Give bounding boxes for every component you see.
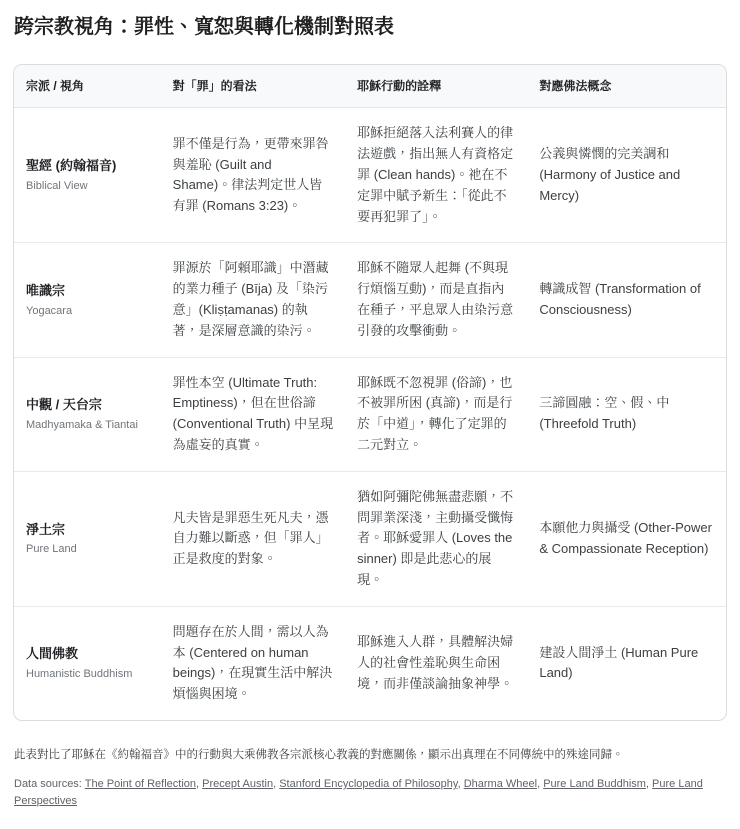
sect-cell: 唯識宗 Yogacara xyxy=(14,243,161,357)
source-link[interactable]: Dharma Wheel xyxy=(464,778,537,790)
buddhist-concept-cell: 轉識成智 (Transformation of Consciousness) xyxy=(527,243,726,357)
sect-subtitle: Yogacara xyxy=(26,304,149,318)
data-sources-links: The Point of Reflection, Precept Austin,… xyxy=(14,778,703,807)
source-link[interactable]: Stanford Encyclopedia of Philosophy xyxy=(279,778,457,790)
sect-cell: 人間佛教 Humanistic Buddhism xyxy=(14,606,161,720)
buddhist-concept-cell: 本願他力與攝受 (Other-Power & Compassionate Rec… xyxy=(527,471,726,606)
source-link[interactable]: The Point of Reflection xyxy=(85,778,196,790)
source-link[interactable]: Precept Austin xyxy=(202,778,273,790)
comparison-table: 宗派 / 視角 對「罪」的看法 耶穌行動的詮釋 對應佛法概念 聖經 (約翰福音)… xyxy=(14,65,726,720)
jesus-action-cell: 耶穌既不忽視罪 (俗諦)，也不被罪所困 (真諦)，而是行於「中道」，轉化了定罪的… xyxy=(345,357,527,471)
table-row: 淨土宗 Pure Land 凡夫皆是罪惡生死凡夫，憑自力難以斷惑，但「罪人」正是… xyxy=(14,471,726,606)
source-link[interactable]: Pure Land Buddhism xyxy=(543,778,646,790)
page-title: 跨宗教視角：罪性、寬恕與轉化機制對照表 xyxy=(14,14,726,40)
sin-view-cell: 罪性本空 (Ultimate Truth: Emptiness)，但在世俗諦 (… xyxy=(161,357,345,471)
sect-subtitle: Biblical View xyxy=(26,179,149,193)
table-row: 唯識宗 Yogacara 罪源於「阿賴耶識」中潛藏的業力種子 (Bīja) 及「… xyxy=(14,243,726,357)
sect-cell: 中觀 / 天台宗 Madhyamaka & Tiantai xyxy=(14,357,161,471)
jesus-action-cell: 猶如阿彌陀佛無盡悲願，不問罪業深淺，主動攝受懺悔者。耶穌愛罪人 (Loves t… xyxy=(345,471,527,606)
page: 跨宗教視角：罪性、寬恕與轉化機制對照表 宗派 / 視角 對「罪」的看法 耶穌行動… xyxy=(0,0,740,829)
column-header-sin-view: 對「罪」的看法 xyxy=(161,65,345,108)
comparison-table-card: 宗派 / 視角 對「罪」的看法 耶穌行動的詮釋 對應佛法概念 聖經 (約翰福音)… xyxy=(13,64,727,721)
sin-view-cell: 罪不僅是行為，更帶來罪咎與羞恥 (Guilt and Shame)。律法判定世人… xyxy=(161,108,345,243)
sect-name: 淨土宗 xyxy=(26,521,149,539)
jesus-action-cell: 耶穌進入人群，具體解決婦人的社會性羞恥與生命困境，而非僅談論抽象神學。 xyxy=(345,606,527,720)
table-row: 人間佛教 Humanistic Buddhism 問題存在於人間，需以人為本 (… xyxy=(14,606,726,720)
table-footnote: 此表對比了耶穌在《約翰福音》中的行動與大乘佛教各宗派核心教義的對應關係，顯示出真… xyxy=(14,747,726,764)
sect-name: 中觀 / 天台宗 xyxy=(26,396,149,414)
table-row: 聖經 (約翰福音) Biblical View 罪不僅是行為，更帶來罪咎與羞恥 … xyxy=(14,108,726,243)
jesus-action-cell: 耶穌不隨眾人起舞 (不與現行煩惱互動)，而是直指內在種子，平息眾人由染污意引發的… xyxy=(345,243,527,357)
sin-view-cell: 問題存在於人間，需以人為本 (Centered on human beings)… xyxy=(161,606,345,720)
sect-name: 聖經 (約翰福音) xyxy=(26,157,149,175)
sect-subtitle: Humanistic Buddhism xyxy=(26,667,149,681)
data-sources-label: Data sources: xyxy=(14,778,85,790)
data-sources: Data sources: The Point of Reflection, P… xyxy=(14,776,726,809)
table-body: 聖經 (約翰福音) Biblical View 罪不僅是行為，更帶來罪咎與羞恥 … xyxy=(14,108,726,720)
buddhist-concept-cell: 建設人間淨土 (Human Pure Land) xyxy=(527,606,726,720)
column-header-sect: 宗派 / 視角 xyxy=(14,65,161,108)
buddhist-concept-cell: 公義與憐憫的完美調和 (Harmony of Justice and Mercy… xyxy=(527,108,726,243)
sin-view-cell: 罪源於「阿賴耶識」中潛藏的業力種子 (Bīja) 及「染污意」(Kliṣṭama… xyxy=(161,243,345,357)
table-row: 中觀 / 天台宗 Madhyamaka & Tiantai 罪性本空 (Ulti… xyxy=(14,357,726,471)
buddhist-concept-cell: 三諦圓融：空、假、中 (Threefold Truth) xyxy=(527,357,726,471)
column-header-buddhist-concept: 對應佛法概念 xyxy=(527,65,726,108)
sin-view-cell: 凡夫皆是罪惡生死凡夫，憑自力難以斷惑，但「罪人」正是救度的對象。 xyxy=(161,471,345,606)
sect-name: 人間佛教 xyxy=(26,645,149,663)
sect-subtitle: Pure Land xyxy=(26,542,149,556)
sect-name: 唯識宗 xyxy=(26,282,149,300)
column-header-jesus-action: 耶穌行動的詮釋 xyxy=(345,65,527,108)
sect-subtitle: Madhyamaka & Tiantai xyxy=(26,418,149,432)
jesus-action-cell: 耶穌拒絕落入法利賽人的律法遊戲，指出無人有資格定罪 (Clean hands)。… xyxy=(345,108,527,243)
table-header-row: 宗派 / 視角 對「罪」的看法 耶穌行動的詮釋 對應佛法概念 xyxy=(14,65,726,108)
sect-cell: 淨土宗 Pure Land xyxy=(14,471,161,606)
sect-cell: 聖經 (約翰福音) Biblical View xyxy=(14,108,161,243)
